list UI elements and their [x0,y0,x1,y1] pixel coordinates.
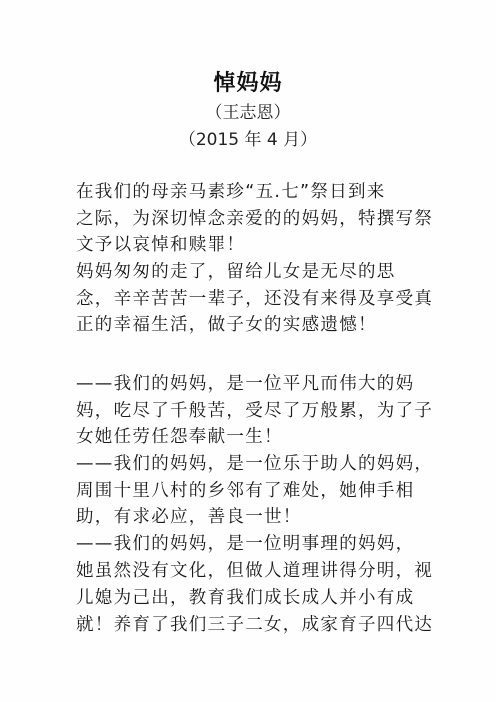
text-line: 妈妈匆匆的走了，留给儿女是无尽的思 [76,258,396,283]
text-line: 助，有求必应，善良一世！ [76,503,302,528]
text-line: 就！养育了我们三子二女，成家育子四代达 [76,611,433,636]
text-line: 周围十里八村的乡邻有了难处，她伸手相 [76,477,414,502]
text-line: ——我们的妈妈，是一位平凡而伟大的妈 [76,370,414,395]
author-line: （王志恩） [0,98,496,123]
text-line: 在我们的母亲马素珍“五.七”祭日到来 [76,178,386,203]
text-line: 念，辛辛苦苦一辈子，还没有来得及享受真 [76,285,433,310]
text-line: ——我们的妈妈，是一位明事理的妈妈， [76,530,414,555]
text-line: ——我们的妈妈，是一位乐于助人的妈妈， [76,450,433,475]
text-line: 儿媳为己出，教育我们成长成人并小有成 [76,584,414,609]
date-line: （2015 年 4 月） [0,125,496,150]
text-line: 她虽然没有文化，但做人道理讲得分明，视 [76,557,433,582]
document-page: 悼妈妈 （王志恩） （2015 年 4 月） 在我们的母亲马素珍“五.七”祭日到… [0,0,496,702]
text-line: 妈，吃尽了千般苦，受尽了万般累，为了子 [76,397,433,422]
text-line: 文予以哀悼和赎罪！ [76,231,245,256]
text-line: 正的幸福生活，做子女的实感遗憾！ [76,311,377,336]
document-title: 悼妈妈 [0,66,496,97]
text-line: 女她任劳任怨奉献一生！ [76,423,283,448]
text-line: 之际，为深切悼念亲爱的的妈妈，特撰写祭 [76,205,433,230]
